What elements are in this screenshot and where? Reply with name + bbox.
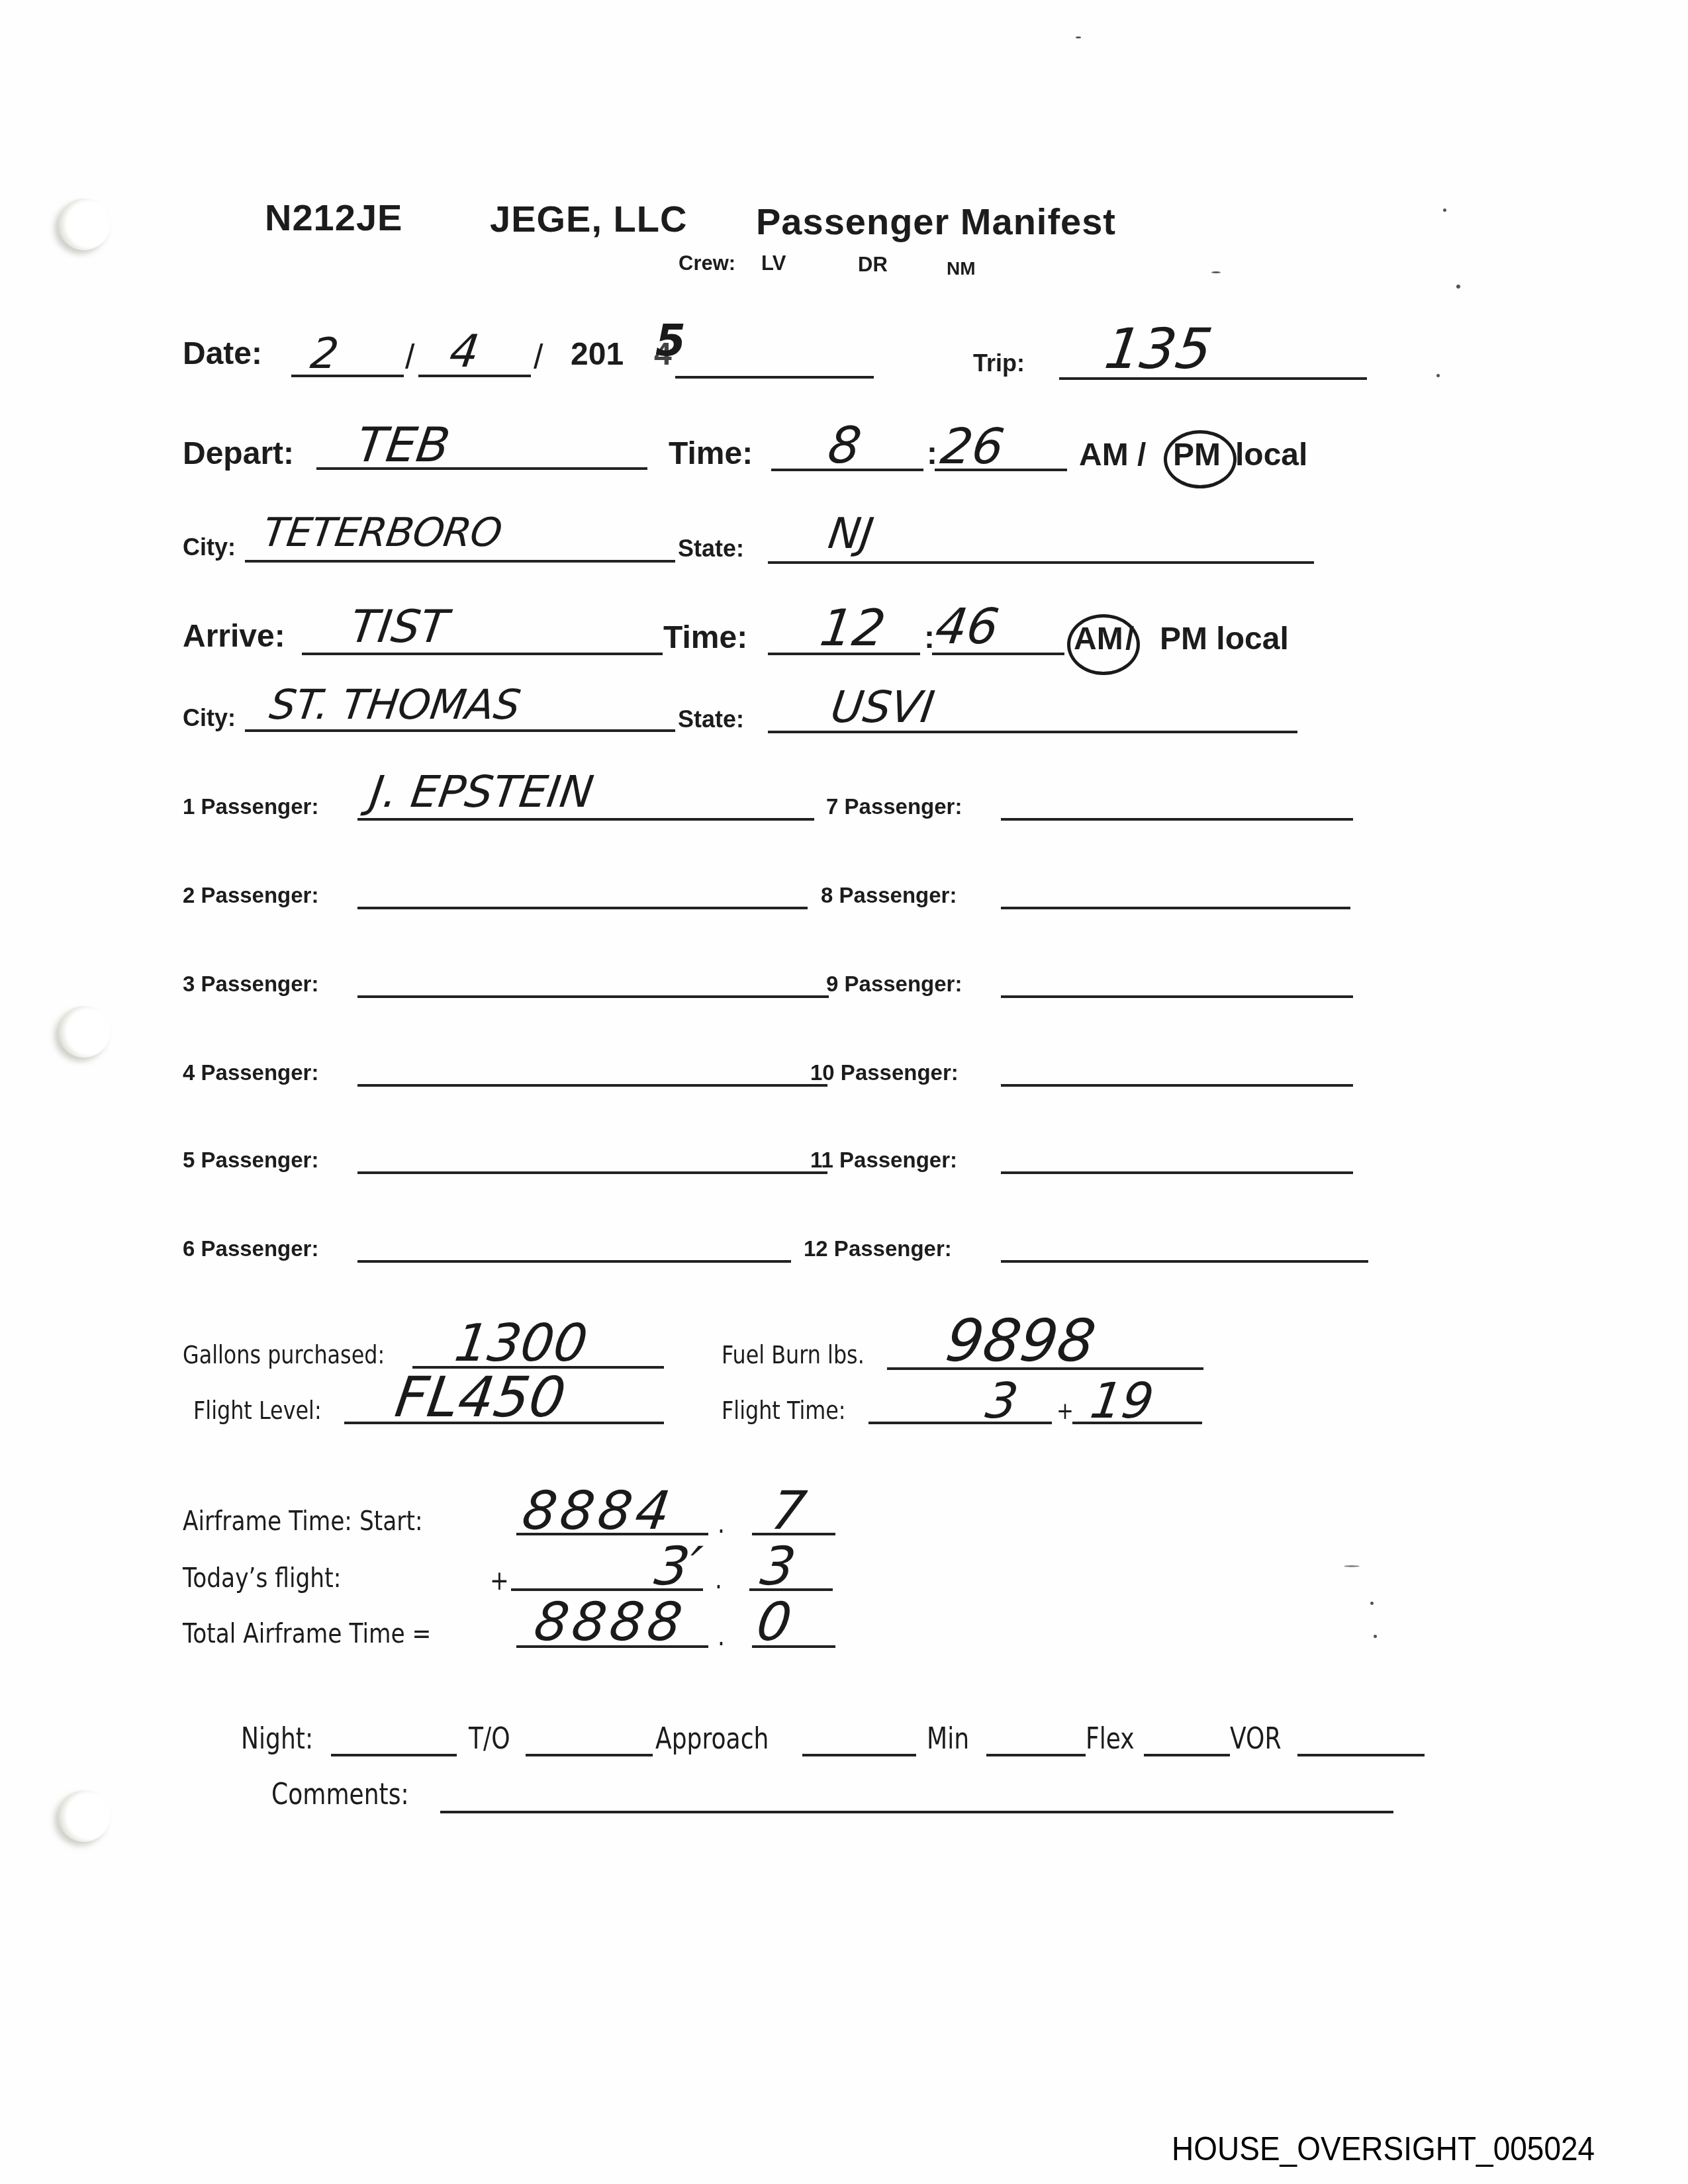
arrive-city-line [245,729,675,732]
todays-flight-label: Today’s flight: [183,1563,341,1594]
passenger-field-line[interactable] [1001,1084,1353,1087]
manifest-page: N212JE JEGE, LLC Passenger Manifest Crew… [0,0,1688,2184]
tail-number: N212JE [265,196,402,239]
crew-member: DR [858,253,888,277]
crew-member: NM [947,258,976,279]
depart-am-option[interactable]: AM / [1079,437,1146,473]
crew-member: LV [761,251,786,275]
airframe-dot: . [718,1509,725,1539]
depart-local-label: local [1235,437,1307,473]
passenger-label: 2 Passenger: [183,883,318,908]
passenger-field-line[interactable] [1001,1260,1368,1263]
vor-label: VOR [1230,1722,1282,1756]
passenger-name-field[interactable]: J. EPSTEIN [367,766,596,817]
min-line[interactable] [986,1754,1086,1756]
depart-city-field[interactable]: TETERBORO [260,510,504,556]
passenger-label: 11 Passenger: [810,1148,957,1173]
date-slash: / [405,338,414,377]
vor-line[interactable] [1297,1754,1425,1756]
date-label: Date: [183,336,262,372]
scan-speck [1374,1635,1377,1638]
takeoff-line[interactable] [526,1754,653,1756]
passenger-label: 7 Passenger: [826,794,962,819]
flight-level-label: Flight Level: [193,1396,322,1425]
depart-city-label: City: [183,533,236,561]
fuel-burn-label: Fuel Burn lbs. [722,1341,865,1369]
passenger-field-line[interactable] [1001,995,1353,998]
scan-speck [1436,374,1440,377]
depart-label: Depart: [183,435,294,472]
passenger-field-line[interactable] [1001,907,1350,909]
comments-field[interactable] [440,1811,1393,1813]
passenger-field-line[interactable] [357,1260,791,1263]
depart-time-colon: : [927,435,937,472]
airframe-dot: . [715,1565,722,1595]
gallons-label: Gallons purchased: [183,1341,385,1369]
passenger-label: 5 Passenger: [183,1148,318,1173]
min-label: Min [927,1722,969,1756]
todays-flight-plus: + [490,1566,509,1596]
depart-hour-field[interactable]: 8 [825,416,865,475]
passenger-field-line[interactable] [1001,1171,1353,1174]
passenger-label: 4 Passenger: [183,1060,318,1085]
flex-label: Flex [1086,1722,1135,1756]
flight-time-plus: + [1056,1398,1074,1425]
trip-label: Trip: [973,349,1025,377]
page-title: Passenger Manifest [756,200,1116,243]
comments-label: Comments: [271,1778,409,1811]
takeoff-label: T/O [469,1722,510,1756]
depart-field[interactable]: TEB [353,417,453,473]
flight-time-label: Flight Time: [722,1396,846,1425]
depart-state-label: State: [678,535,744,563]
passenger-field-line[interactable] [1001,818,1353,821]
bates-number: HOUSE_OVERSIGHT_005024 [1172,2130,1595,2168]
passenger-label: 6 Passenger: [183,1236,318,1261]
arrive-pm-option[interactable]: PM local [1160,621,1289,657]
arrive-state-label: State: [678,705,744,733]
arrive-label: Arrive: [183,618,285,655]
depart-state-field[interactable]: NJ [825,510,876,559]
passenger-label: 12 Passenger: [804,1236,952,1261]
passenger-field-line[interactable] [357,995,829,998]
punch-hole-icon [58,1790,110,1842]
passenger-field-line[interactable] [357,907,808,909]
depart-time-label: Time: [669,435,753,472]
airframe-start-label: Airframe Time: Start: [183,1506,423,1537]
scan-speck [1344,1565,1360,1567]
passenger-label: 3 Passenger: [183,972,318,997]
arrive-hour-field[interactable]: 12 [817,598,889,657]
passenger-field-line[interactable] [357,1084,827,1087]
depart-minute-field[interactable]: 26 [937,418,1008,475]
passenger-label: 9 Passenger: [826,972,962,997]
arrive-state-field[interactable]: USVI [828,682,938,733]
flight-level-field[interactable]: FL450 [391,1365,569,1430]
arrive-time-label: Time: [663,619,747,656]
date-slash: / [534,338,543,377]
arrive-city-label: City: [183,704,236,732]
arrive-field[interactable]: TIST [347,601,451,653]
punch-hole-icon [58,1006,110,1058]
punch-hole-icon [58,199,110,250]
scan-speck [1076,36,1081,38]
date-day-field[interactable]: 4 [446,326,482,378]
scan-speck [1211,271,1221,273]
total-airframe-label: Total Airframe Time = [183,1619,431,1649]
total-airframe-whole-field[interactable]: 8888 [530,1591,690,1653]
passenger-label: 8 Passenger: [821,883,957,908]
date-month-field[interactable]: 2 [308,330,342,379]
pm-selected-circle-icon [1164,430,1237,488]
crew-label: Crew: [679,251,735,275]
airframe-start-whole-field[interactable]: 8884 [518,1480,678,1541]
night-label: Night: [241,1722,313,1756]
scan-speck [1370,1602,1374,1605]
depart-city-line [245,560,675,563]
date-year-printed: 201 [571,336,624,373]
arrive-minute-field[interactable]: 46 [932,598,1002,655]
flight-time-hours-line [868,1422,1052,1424]
passenger-field-line[interactable] [357,1171,827,1174]
date-year-line [675,376,874,379]
flight-time-minutes-field[interactable]: 19 [1087,1373,1157,1430]
fuel-burn-field[interactable]: 9898 [942,1306,1100,1375]
night-line[interactable] [331,1754,457,1756]
arrive-meridiem-separator: / [1125,621,1134,657]
depart-state-line [768,561,1314,564]
todays-flight-whole-field[interactable]: 3′ [651,1535,705,1597]
airframe-dot: . [718,1621,725,1652]
trip-field[interactable]: 135 [1101,316,1216,381]
flex-line[interactable] [1144,1754,1230,1756]
passenger-label: 1 Passenger: [183,794,318,819]
passenger-label: 10 Passenger: [810,1060,959,1085]
date-year-handwritten-digit[interactable]: 5 [655,315,686,366]
approach-line[interactable] [802,1754,916,1756]
passenger-field-line[interactable] [357,818,814,821]
scan-speck [1443,208,1446,212]
arrive-city-field[interactable]: ST. THOMAS [267,680,524,729]
scan-speck [1456,285,1460,289]
approach-label: Approach [655,1722,769,1756]
company-name: JEGE, LLC [490,197,687,240]
total-airframe-tenth-field[interactable]: 0 [753,1591,795,1653]
